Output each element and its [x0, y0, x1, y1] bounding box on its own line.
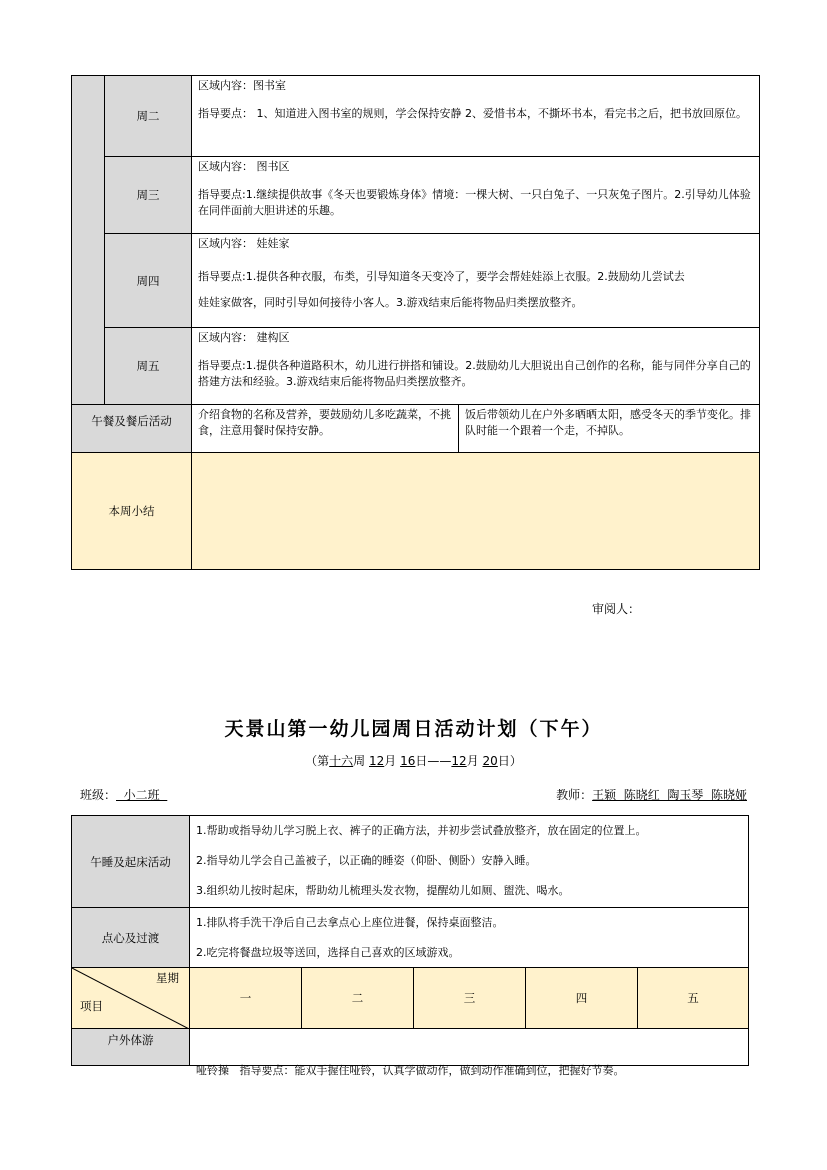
day-content-wed: 区域内容： 图书区 指导要点:1.继续提供故事《冬天也要锻炼身体》情境：一棵大树… [191, 156, 760, 234]
guide-points: 指导要点:1.提供各种道路积木，幼儿进行拼搭和铺设。2.鼓励幼儿大胆说出自己创作… [198, 358, 753, 390]
area-content: 区域内容： 建构区 [198, 330, 753, 346]
page-title: 天景山第一幼儿园周日活动计划（下午） [0, 714, 827, 741]
class-info: 班级： 小二班 [80, 786, 167, 803]
header-corner-cell: 星期 项目 [71, 967, 190, 1029]
outdoor-label: 户外体游 [71, 1028, 190, 1066]
end-day: 20 [483, 754, 498, 768]
summary-field[interactable] [191, 452, 760, 570]
guide-points: 指导要点： 1、知道进入图书室的规则，学会保持安静 2、爱惜书本，不撕坏书本，看… [198, 106, 753, 122]
guide-points: 指导要点:1.继续提供故事《冬天也要锻炼身体》情境：一棵大树、一只白兔子、一只灰… [198, 187, 753, 219]
nap-content: 1.帮助或指导幼儿学习脱上衣、裤子的正确方法，并初步尝试叠放整齐，放在固定的位置… [189, 815, 749, 908]
guide-points-line1: 指导要点:1.提供各种衣服，布类，引导知道冬天变冷了，要学会帮娃娃添上衣服。2.… [198, 264, 753, 290]
day-label-thu: 周四 [104, 233, 192, 328]
weekday-header-tue: 二 [301, 967, 414, 1029]
teacher-label: 教师： [556, 788, 592, 802]
area-content: 区域内容： 娃娃家 [198, 236, 753, 252]
summary-label: 本周小结 [71, 452, 192, 570]
lunch-content-right: 饭后带领幼儿在户外多晒晒太阳，感受冬天的季节变化。排队时能一个跟着一个走，不掉队… [458, 404, 760, 453]
lunch-content-left: 介绍食物的名称及营养，要鼓励幼儿多吃蔬菜，不挑食，注意用餐时保持安静。 [191, 404, 459, 453]
snack-content: 1.排队将手洗干净后自己去拿点心上座位进餐，保持桌面整洁。 2.吃完将餐盘垃圾等… [189, 907, 749, 968]
side-column [71, 75, 105, 405]
area-content: 区域内容：图书室 [198, 78, 753, 94]
day-label: 周二 [137, 108, 160, 124]
week-number: 十六 [329, 754, 353, 768]
day-content-fri: 区域内容： 建构区 指导要点:1.提供各种道路积木，幼儿进行拼搭和铺设。2.鼓励… [191, 327, 760, 405]
item-header-label: 项目 [80, 998, 103, 1014]
day-label: 周五 [137, 358, 160, 374]
class-value: 小二班 [116, 788, 167, 802]
date-range: （第十六周 12月 16日——12月 20日） [0, 752, 827, 769]
day-label: 周三 [137, 187, 160, 203]
snack-label: 点心及过渡 [71, 907, 190, 968]
nap-label: 午睡及起床活动 [71, 815, 190, 908]
teacher-value: 王颖 陈晓红 陶玉琴 陈晓娅 [592, 788, 747, 802]
day-label-fri: 周五 [104, 327, 192, 405]
day-label-wed: 周三 [104, 156, 192, 234]
lunch-label: 午餐及餐后活动 [71, 404, 192, 453]
weekday-header-thu: 四 [525, 967, 638, 1029]
day-label: 周四 [137, 273, 160, 289]
outdoor-content: 哑铃操 指导要点：能双手握住哑铃，认真学做动作，做到动作准确到位，把握好节奏。 [189, 1028, 749, 1066]
guide-points-line2: 娃娃家做客，同时引导如何接待小客人。3.游戏结束后能将物品归类摆放整齐。 [198, 290, 753, 316]
end-month: 12 [451, 754, 466, 768]
day-content-tue: 区域内容：图书室 指导要点： 1、知道进入图书室的规则，学会保持安静 2、爱惜书… [191, 75, 760, 157]
day-label-tue: 周二 [104, 75, 192, 157]
teacher-info: 教师：王颖 陈晓红 陶玉琴 陈晓娅 [556, 786, 747, 803]
class-label: 班级： [80, 788, 116, 802]
weekday-header-wed: 三 [413, 967, 526, 1029]
weekday-header-mon: 一 [189, 967, 302, 1029]
start-day: 16 [400, 754, 415, 768]
reviewer-label: 审阅人： [592, 600, 640, 617]
start-month: 12 [369, 754, 384, 768]
day-content-thu: 区域内容： 娃娃家 指导要点:1.提供各种衣服，布类，引导知道冬天变冷了，要学会… [191, 233, 760, 328]
weekday-header-label: 星期 [156, 970, 179, 986]
weekday-header-fri: 五 [637, 967, 749, 1029]
area-content: 区域内容： 图书区 [198, 159, 753, 175]
